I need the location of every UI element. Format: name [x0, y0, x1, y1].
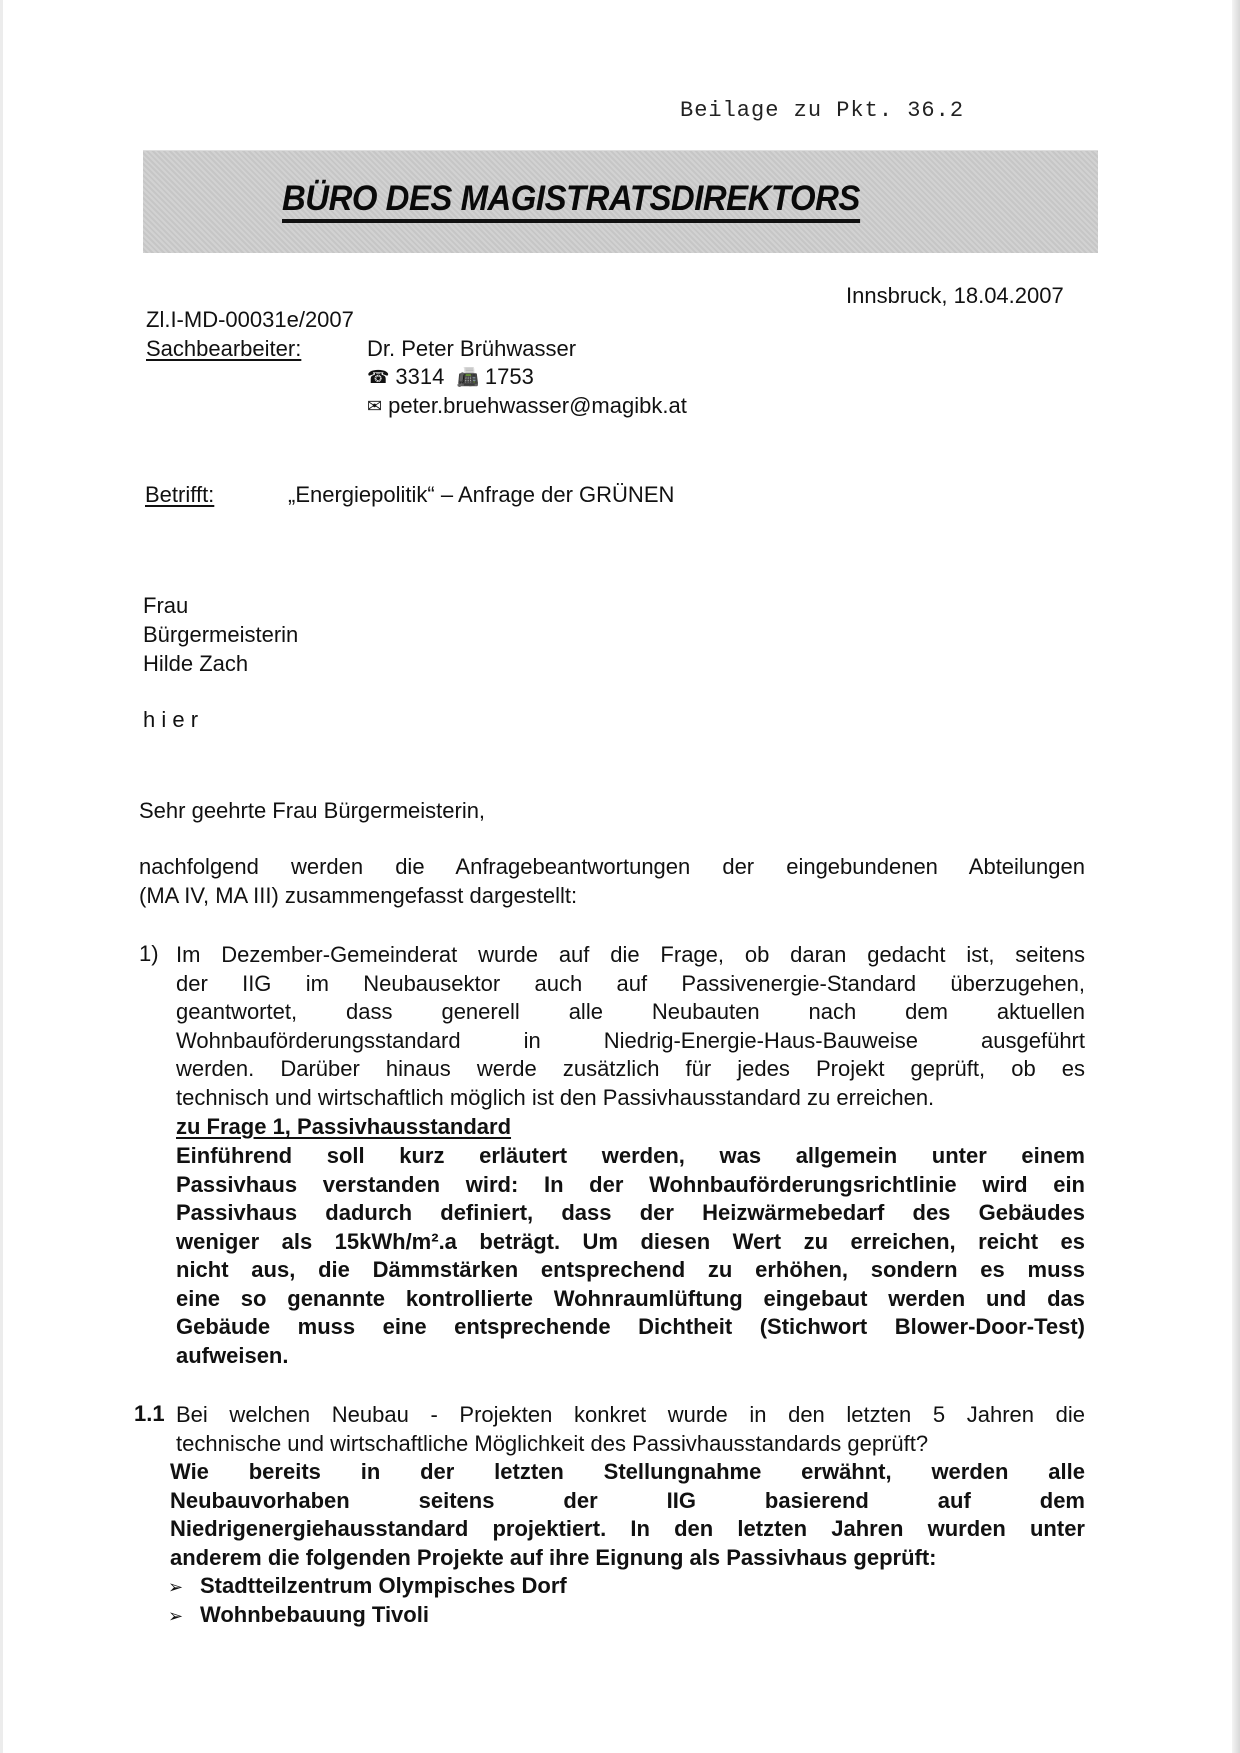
email-address: peter.bruehwasser@magibk.at: [388, 393, 687, 418]
answer-1-1: Wie bereits in der letzten Stellungnahme…: [170, 1458, 1085, 1572]
recipient-line: Frau: [143, 592, 188, 620]
arrow-bullet-icon: ➢: [168, 1602, 200, 1630]
question-1: Im Dezember-Gemeinderat wurde auf die Fr…: [176, 941, 1085, 1112]
recipient-line: Hilde Zach: [143, 650, 248, 678]
clerk-name: Dr. Peter Brühwasser: [367, 335, 576, 363]
arrow-bullet-icon: ➢: [168, 1573, 200, 1601]
recipient-line: Bürgermeisterin: [143, 621, 298, 649]
place-date: Innsbruck, 18.04.2007: [846, 282, 1064, 310]
fax-icon: 📠: [457, 363, 479, 391]
attachment-note: Beilage zu Pkt. 36.2: [680, 98, 964, 123]
clerk-contact-email: ✉peter.bruehwasser@magibk.at: [367, 392, 687, 420]
reference-number: Zl.I-MD-00031e/2007: [146, 306, 354, 334]
telephone-icon: ☎: [367, 363, 389, 391]
phone-number: 3314: [395, 364, 444, 389]
answer-1: Einführend soll kurz erläutert werden, w…: [176, 1142, 1085, 1370]
salutation: Sehr geehrte Frau Bürgermeisterin,: [139, 797, 485, 825]
intro-paragraph: nachfolgend werden die Anfragebeantwortu…: [139, 853, 1085, 910]
project-list: ➢Stadtteilzentrum Olympisches Dorf ➢Wohn…: [168, 1572, 567, 1630]
fax-number: 1753: [485, 364, 534, 389]
list-item: ➢Wohnbebauung Tivoli: [168, 1601, 567, 1630]
scan-edge-right: [1232, 0, 1240, 1753]
question-1-1: Bei welchen Neubau - Projekten konkret w…: [176, 1401, 1085, 1458]
list-item: ➢Stadtteilzentrum Olympisches Dorf: [168, 1572, 567, 1601]
letterhead-title: BÜRO DES MAGISTRATSDIREKTORS: [282, 180, 860, 223]
clerk-label: Sachbearbeiter:: [146, 335, 301, 363]
subject-label: Betrifft:: [145, 481, 214, 509]
email-icon: ✉: [367, 392, 382, 420]
scan-edge-left: [0, 0, 3, 1753]
answer-1-heading: zu Frage 1, Passivhausstandard: [176, 1113, 511, 1141]
recipient-local: h i e r: [143, 706, 198, 734]
section-number: 1.1: [134, 1401, 165, 1427]
subject-text: „Energiepolitik“ – Anfrage der GRÜNEN: [288, 481, 674, 509]
clerk-contact-phone: ☎3314 📠1753: [367, 363, 534, 391]
section-number: 1): [139, 941, 159, 967]
